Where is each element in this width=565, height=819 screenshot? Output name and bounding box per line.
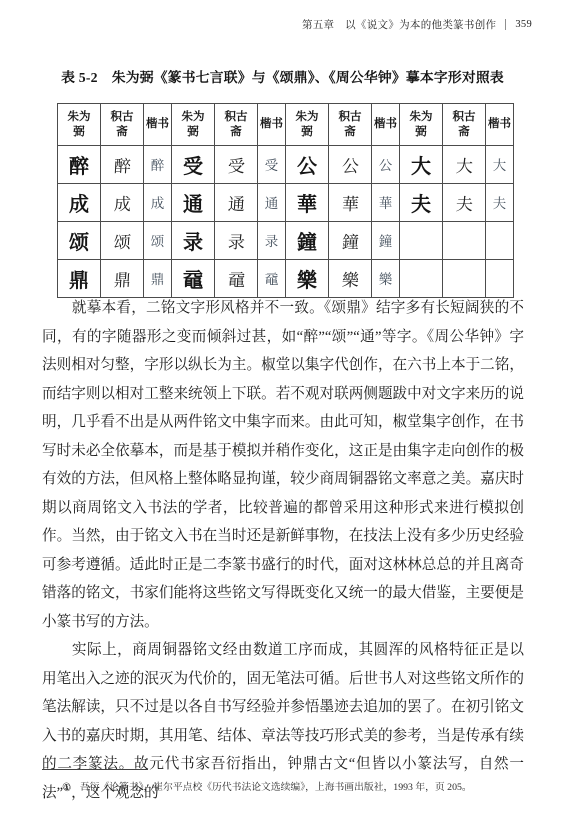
kaishu-glyph: 大 xyxy=(493,158,507,173)
running-header: 第五章 以《说文》为本的他类篆书创作 359 xyxy=(302,17,532,32)
kaishu-cell: 醉 xyxy=(144,146,172,184)
table-column-header: 朱为 弼 xyxy=(400,104,443,146)
seal-glyph-cell: 通 xyxy=(172,184,215,222)
kaishu-glyph: 黿 xyxy=(265,272,279,287)
seal-glyph: 華 xyxy=(297,188,317,217)
seal-glyph-cell: 受 xyxy=(215,146,258,184)
table-header-row: 朱为 弼积古 斋楷书朱为 弼积古 斋楷书朱为 弼积古 斋楷书朱为 弼积古 斋楷书 xyxy=(58,104,514,146)
empty-cell xyxy=(443,222,486,260)
seal-glyph-cell: 鐘 xyxy=(286,222,329,260)
kaishu-cell: 華 xyxy=(372,184,400,222)
seal-glyph-cell: 大 xyxy=(443,146,486,184)
seal-glyph: 录 xyxy=(183,226,203,255)
seal-glyph-cell: 录 xyxy=(215,222,258,260)
empty-cell xyxy=(400,260,443,298)
table-column-header: 积古 斋 xyxy=(443,104,486,146)
body-text: 就摹本看，二铭文字形风格并不一致。《颂鼎》结字多有长短阔狭的不同，有的字随器形之… xyxy=(42,294,524,807)
table-column-header: 朱为 弼 xyxy=(286,104,329,146)
seal-glyph-cell: 公 xyxy=(329,146,372,184)
empty-cell xyxy=(486,222,514,260)
empty-cell xyxy=(486,260,514,298)
seal-glyph: 大 xyxy=(411,150,431,179)
kaishu-glyph: 醉 xyxy=(151,158,165,173)
seal-glyph: 成 xyxy=(113,190,131,215)
seal-glyph: 成 xyxy=(69,188,89,217)
seal-glyph-cell: 醉 xyxy=(101,146,144,184)
footnote-marker: ① xyxy=(62,782,71,793)
kaishu-cell: 受 xyxy=(258,146,286,184)
kaishu-glyph: 鐘 xyxy=(379,234,393,249)
kaishu-cell: 成 xyxy=(144,184,172,222)
table-caption: 表 5-2 朱为弼《篆书七言联》与《颂鼎》、《周公华钟》摹本字形对照表 xyxy=(0,66,565,86)
seal-glyph: 受 xyxy=(183,150,203,179)
seal-glyph: 大 xyxy=(455,152,473,177)
kaishu-glyph: 公 xyxy=(379,158,393,173)
kaishu-cell: 夫 xyxy=(486,184,514,222)
kaishu-glyph: 鼎 xyxy=(151,272,165,287)
table-row: 颂颂颂录录录鐘鐘鐘 xyxy=(58,222,514,260)
seal-glyph: 鐘 xyxy=(297,226,317,255)
seal-glyph: 受 xyxy=(227,152,245,177)
seal-glyph-cell: 公 xyxy=(286,146,329,184)
seal-glyph: 公 xyxy=(297,150,317,179)
kaishu-glyph: 颂 xyxy=(151,234,165,249)
paragraph: 就摹本看，二铭文字形风格并不一致。《颂鼎》结字多有长短阔狭的不同，有的字随器形之… xyxy=(42,294,524,636)
seal-glyph: 鼎 xyxy=(113,266,131,291)
seal-glyph-cell: 華 xyxy=(286,184,329,222)
seal-glyph-cell: 華 xyxy=(329,184,372,222)
seal-glyph-cell: 大 xyxy=(400,146,443,184)
chapter-title: 第五章 以《说文》为本的他类篆书创作 xyxy=(302,17,496,32)
empty-cell xyxy=(443,260,486,298)
footnote-text: 吾衍《论篆书》，崔尔平点校《历代书法论文选续编》，上海书画出版社，1993 年，… xyxy=(80,782,472,793)
empty-cell xyxy=(400,222,443,260)
seal-glyph: 黿 xyxy=(227,266,245,291)
kaishu-glyph: 樂 xyxy=(379,272,393,287)
seal-glyph-cell: 成 xyxy=(101,184,144,222)
kaishu-glyph: 夫 xyxy=(493,196,507,211)
book-page: 第五章 以《说文》为本的他类篆书创作 359 表 5-2 朱为弼《篆书七言联》与… xyxy=(0,0,565,819)
seal-glyph: 樂 xyxy=(341,266,359,291)
table-row: 成成成通通通華華華夫夫夫 xyxy=(58,184,514,222)
table-column-header: 楷书 xyxy=(486,104,514,146)
table-row: 醉醉醉受受受公公公大大大 xyxy=(58,146,514,184)
seal-glyph: 颂 xyxy=(113,228,131,253)
seal-glyph-cell: 录 xyxy=(172,222,215,260)
table-column-header: 楷书 xyxy=(258,104,286,146)
kaishu-cell: 公 xyxy=(372,146,400,184)
seal-glyph: 黿 xyxy=(183,264,203,293)
kaishu-glyph: 華 xyxy=(379,196,393,211)
seal-glyph-cell: 鐘 xyxy=(329,222,372,260)
seal-glyph-cell: 黿 xyxy=(215,260,258,298)
kaishu-cell: 通 xyxy=(258,184,286,222)
kaishu-glyph: 成 xyxy=(151,196,165,211)
seal-glyph-cell: 鼎 xyxy=(58,260,101,298)
table-column-header: 楷书 xyxy=(372,104,400,146)
seal-glyph: 醉 xyxy=(113,152,131,177)
seal-glyph-cell: 樂 xyxy=(286,260,329,298)
paragraph-text: 就摹本看，二铭文字形风格并不一致。《颂鼎》结字多有长短阔狭的不同，有的字随器形之… xyxy=(42,300,524,630)
table-column-header: 楷书 xyxy=(144,104,172,146)
seal-glyph-cell: 通 xyxy=(215,184,258,222)
seal-glyph-cell: 受 xyxy=(172,146,215,184)
seal-glyph-cell: 颂 xyxy=(58,222,101,260)
kaishu-glyph: 受 xyxy=(265,158,279,173)
glyph-comparison-table: 朱为 弼积古 斋楷书朱为 弼积古 斋楷书朱为 弼积古 斋楷书朱为 弼积古 斋楷书… xyxy=(57,103,514,298)
kaishu-cell: 鼎 xyxy=(144,260,172,298)
kaishu-cell: 录 xyxy=(258,222,286,260)
seal-glyph: 醉 xyxy=(69,150,89,179)
seal-glyph-cell: 黿 xyxy=(172,260,215,298)
kaishu-cell: 鐘 xyxy=(372,222,400,260)
footnote: ①吾衍《论篆书》，崔尔平点校《历代书法论文选续编》，上海书画出版社，1993 年… xyxy=(42,780,544,797)
seal-glyph-cell: 樂 xyxy=(329,260,372,298)
paragraph-text: 实际上，商周铜器铭文经由数道工序而成，其圆浑的风格特征正是以用笔出入之迹的泯灭为… xyxy=(42,642,524,801)
kaishu-glyph: 通 xyxy=(265,196,279,211)
seal-glyph-cell: 醉 xyxy=(58,146,101,184)
seal-glyph-cell: 颂 xyxy=(101,222,144,260)
footnote-rule xyxy=(42,769,148,770)
seal-glyph-cell: 夫 xyxy=(400,184,443,222)
table-column-header: 朱为 弼 xyxy=(58,104,101,146)
table-column-header: 积古 斋 xyxy=(101,104,144,146)
seal-glyph: 通 xyxy=(227,190,245,215)
seal-glyph: 颂 xyxy=(69,226,89,255)
seal-glyph: 鐘 xyxy=(341,228,359,253)
kaishu-cell: 颂 xyxy=(144,222,172,260)
page-number: 359 xyxy=(515,19,532,30)
seal-glyph-cell: 夫 xyxy=(443,184,486,222)
header-divider xyxy=(505,19,506,30)
seal-glyph-cell: 成 xyxy=(58,184,101,222)
table-column-header: 朱为 弼 xyxy=(172,104,215,146)
seal-glyph: 樂 xyxy=(297,264,317,293)
table-column-header: 积古 斋 xyxy=(215,104,258,146)
table-column-header: 积古 斋 xyxy=(329,104,372,146)
kaishu-cell: 黿 xyxy=(258,260,286,298)
table-row: 鼎鼎鼎黿黿黿樂樂樂 xyxy=(58,260,514,298)
kaishu-cell: 大 xyxy=(486,146,514,184)
seal-glyph: 录 xyxy=(227,228,245,253)
seal-glyph-cell: 鼎 xyxy=(101,260,144,298)
seal-glyph: 華 xyxy=(341,190,359,215)
seal-glyph: 公 xyxy=(341,152,359,177)
kaishu-glyph: 录 xyxy=(265,234,279,249)
seal-glyph: 鼎 xyxy=(69,264,89,293)
kaishu-cell: 樂 xyxy=(372,260,400,298)
seal-glyph: 通 xyxy=(183,188,203,217)
seal-glyph: 夫 xyxy=(411,188,431,217)
seal-glyph: 夫 xyxy=(455,190,473,215)
